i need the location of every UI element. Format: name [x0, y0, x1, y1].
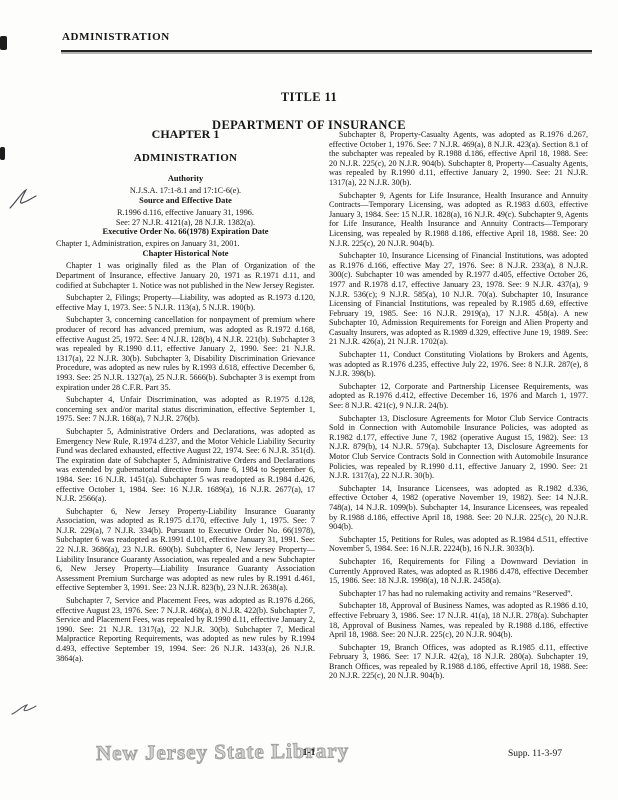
historical-note-paragraph: Subchapter 8, Property-Casualty Agents, … — [329, 130, 588, 188]
page-number: 1-1 — [303, 748, 316, 758]
left-column: CHAPTER 1 ADMINISTRATION Authority N.J.S… — [56, 128, 315, 684]
historical-note-paragraph: Subchapter 13, Disclosure Agreements for… — [329, 414, 588, 481]
header-rule — [61, 50, 592, 52]
historical-note-paragraph: Subchapter 16, Requirements for Filing a… — [329, 557, 588, 586]
historical-note-paragraph: Subchapter 15, Petitions for Rules, was … — [329, 535, 588, 554]
historical-note-paragraph: Subchapter 2, Filings; Property—Liabilit… — [56, 293, 315, 312]
two-column-body: CHAPTER 1 ADMINISTRATION Authority N.J.S… — [56, 128, 588, 684]
pen-mark — [8, 186, 38, 212]
historical-note-paragraph: Subchapter 9, Agents for Life Insurance,… — [329, 191, 588, 249]
expiration-heading: Executive Order No. 66(1978) Expiration … — [56, 227, 315, 237]
title-block: TITLE 11 DEPARTMENT OF INSURANCE — [0, 90, 618, 133]
expiration-text: Chapter 1, Administration, expires on Ja… — [56, 239, 315, 249]
authority-heading: Authority — [56, 174, 315, 184]
historical-note-paragraph: Chapter 1 was originally filed as the Pl… — [56, 261, 315, 290]
right-column: Subchapter 8, Property-Casualty Agents, … — [329, 128, 588, 684]
historical-note-paragraph: Subchapter 6, New Jersey Property-Liabil… — [56, 507, 315, 593]
historical-note-paragraph: Subchapter 3, concerning cancellation fo… — [56, 315, 315, 392]
source-line: R.1996 d.116, effective January 31, 1996… — [56, 208, 315, 218]
source-line: See: 27 N.J.R. 4121(a), 28 N.J.R. 1382(a… — [56, 218, 315, 228]
source-heading: Source and Effective Date — [56, 196, 315, 206]
historical-note-paragraph: Subchapter 12, Corporate and Partnership… — [329, 382, 588, 411]
historical-note-paragraph: Subchapter 17 has had no rulemaking acti… — [329, 589, 588, 599]
library-stamp: New Jersey State Library — [96, 739, 286, 766]
historical-note-heading: Chapter Historical Note — [56, 249, 315, 259]
historical-note-paragraph: Subchapter 5, Administrative Orders and … — [56, 427, 315, 504]
historical-note-paragraph: Subchapter 18, Approval of Business Name… — [329, 601, 588, 639]
historical-note-paragraph: Subchapter 19, Branch Offices, was adopt… — [329, 643, 588, 681]
document-page: ADMINISTRATION TITLE 11 DEPARTMENT OF IN… — [0, 0, 618, 800]
document-title: TITLE 11 — [0, 90, 618, 105]
historical-note-paragraph: Subchapter 4, Unfair Discrimination, was… — [56, 395, 315, 424]
running-header: ADMINISTRATION — [62, 31, 170, 43]
chapter-heading: CHAPTER 1 — [56, 130, 315, 140]
chapter-title: ADMINISTRATION — [56, 154, 315, 164]
pen-mark — [10, 700, 38, 718]
scan-artifact — [0, 36, 7, 50]
historical-note-paragraph: Subchapter 14, Insurance Licensees, was … — [329, 484, 588, 532]
historical-note-paragraph: Subchapter 10, Insurance Licensing of Fi… — [329, 251, 588, 347]
authority-text: N.J.S.A. 17:1-8.1 and 17:1C-6(e). — [56, 186, 315, 196]
scan-artifact — [0, 147, 5, 160]
supplement-date: Supp. 11-3-97 — [508, 749, 562, 759]
historical-note-paragraph: Subchapter 11, Conduct Constituting Viol… — [329, 350, 588, 379]
historical-note-paragraph: Subchapter 7, Service and Placement Fees… — [56, 596, 315, 663]
